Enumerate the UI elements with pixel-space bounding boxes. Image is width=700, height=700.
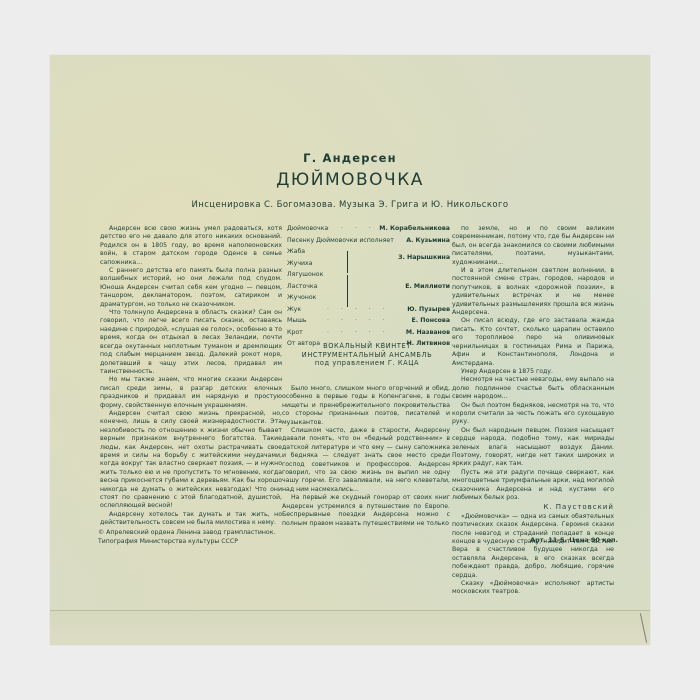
ensemble-line: ВОКАЛЬНЫЙ КВИНТЕТ [282, 342, 452, 351]
cast-role: Лягушонок [287, 271, 323, 278]
paragraph: Он был поэтом бедняков, несмотря на то, … [452, 402, 614, 427]
cast-row: Крот · · · · · · · М. Названов [287, 329, 450, 341]
cast-actor: З. Нарышкина [398, 254, 450, 261]
cast-row: Жучонок [287, 294, 450, 306]
cast-list: Дюймовочка · · · · · М. Корабельникова П… [287, 225, 450, 352]
paragraph: Но мы также знаем, что многие сказки Анд… [100, 376, 282, 410]
cast-row: Дюймовочка · · · · · М. Корабельникова [287, 225, 450, 237]
paragraph: Сказку «Дюймовочка» исполняют артисты мо… [452, 580, 614, 597]
ensemble-line: под управлением Г. КАЦА [282, 359, 452, 368]
cast-role: Дюймовочка [287, 225, 328, 232]
printer-line: Типография Министерства культуры СССР [98, 538, 275, 547]
paragraph: Слишком часто, даже в старости, Андерсен… [282, 427, 450, 494]
record-title: ДЮЙМОВОЧКА [50, 170, 650, 190]
paragraph: На первый же скудный гонорар от своих кн… [282, 494, 450, 528]
cast-role: Жук [287, 306, 301, 313]
paragraph: Что толкнуло Андерсена в область сказки?… [100, 309, 282, 376]
middle-column-essay: Было много, слишком много огорчений и об… [282, 385, 450, 528]
cast-row: Песенку Дюймовочки исполняет А. Кузьмина [287, 237, 450, 249]
cast-row: Жук · · · · · · · Ю. Пузырев [287, 306, 450, 318]
cast-role: Мышь [287, 317, 307, 324]
leader-dots: · · · · · · · [327, 329, 395, 336]
cast-actor: Е. Понсова [412, 317, 450, 324]
cast-row: Мышь · · · · · · · Е. Понсова [287, 317, 450, 329]
cast-actor: М. Названов [406, 329, 450, 336]
paragraph: Он был народным певцом. Поэзия насыщает … [452, 427, 614, 469]
essay-signature: К. Паустовский [452, 503, 614, 511]
cast-actor: А. Кузьмина [406, 237, 450, 244]
leader-dots: · · · · · · · [327, 317, 395, 324]
flap-edge [640, 613, 647, 643]
paragraph: Было много, слишком много огорчений и об… [282, 385, 450, 427]
cast-role: Ласточка [287, 283, 317, 290]
paragraph: И в этом длительном светлом волнении, в … [452, 267, 614, 317]
paragraph: Он писал всюду, где его заставала жажда … [452, 317, 614, 367]
cast-role: Жучиха [287, 260, 312, 267]
ensemble-line: ИНСТРУМЕНТАЛЬНЫЙ АНСАМБЛЬ [282, 351, 452, 360]
paragraph: Андерсен считал свою жизнь прекрасной, н… [100, 410, 282, 511]
cast-actor: Е. Миллиоти [405, 283, 450, 290]
cast-actor: Ю. Пузырев [407, 306, 450, 313]
paragraph: Умер Андерсен в 1875 году. [452, 368, 614, 376]
cast-row: Ласточка Е. Миллиоти [287, 283, 450, 295]
paragraph: Андерсену хотелось так думать и так жить… [100, 511, 282, 528]
author-name: Г. Андерсен [50, 151, 650, 165]
cast-role: Жаба [287, 248, 305, 255]
leader-dots: · · · · · · · [327, 306, 395, 313]
paragraph: Андерсен всю свою жизнь умел радоваться,… [100, 225, 282, 267]
ensemble-credits: ВОКАЛЬНЫЙ КВИНТЕТ ИНСТРУМЕНТАЛЬНЫЙ АНСАМ… [282, 342, 452, 368]
paragraph: Пусть же эти радуги почаще сверкают, как… [452, 469, 614, 503]
cast-row: Жучиха З. Нарышкина [287, 260, 450, 272]
publisher-line: © Апрелевский ордена Ленина завод грампл… [98, 529, 275, 538]
paragraph: «Дюймовочка» — одна из самых обаятельных… [452, 513, 614, 580]
cast-role: Жучонок [287, 294, 316, 301]
sleeve-flap [50, 610, 650, 645]
record-sleeve-back: Г. Андерсен ДЮЙМОВОЧКА Инсценировка С. Б… [50, 55, 650, 645]
paragraph: по земле, но и по своим великим современ… [452, 225, 614, 267]
paragraph: С раннего детства его память была полна … [100, 267, 282, 309]
publisher-info: © Апрелевский ордена Ленина завод грампл… [98, 529, 275, 546]
cast-role: Крот [287, 329, 303, 336]
paragraph: Несмотря на частые невзгоды, ему выпало … [452, 376, 614, 401]
credits-line: Инсценировка С. Богомазова. Музыка Э. Гр… [50, 200, 650, 210]
cast-row: Лягушонок [287, 271, 450, 283]
cast-actor: М. Корабельникова [379, 225, 450, 232]
left-column-essay: Андерсен всю свою жизнь умел радоваться,… [100, 225, 282, 528]
cast-role: Песенку Дюймовочки исполняет [287, 237, 394, 244]
catalog-price: Арт. 11-5. Цена 90 коп. [530, 536, 618, 544]
